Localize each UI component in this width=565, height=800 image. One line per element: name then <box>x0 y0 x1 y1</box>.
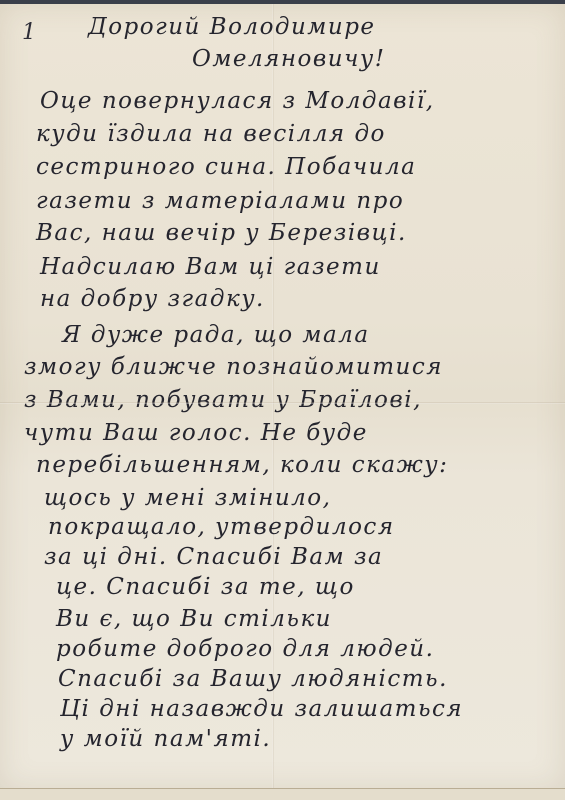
letter-line: це. Спасибі за те, що <box>56 574 355 600</box>
greeting-line-2: Омеляновичу! <box>192 46 386 72</box>
letter-line: Ви є, що Ви стільки <box>56 606 332 632</box>
page-marker: 1 <box>22 20 36 45</box>
letter-line: Спасибі за Вашу людяність. <box>58 666 448 692</box>
letter-line: Вас, наш вечір у Березівці. <box>36 220 407 246</box>
letter-line: Я дуже рада, що мала <box>62 322 370 348</box>
letter-line: перебільшенням, коли скажу: <box>36 452 448 478</box>
letter-line: з Вами, побувати у Браїлові, <box>24 387 422 413</box>
letter-line: газети з матеріалами про <box>36 188 404 214</box>
letter-line: на добру згадку. <box>40 286 265 312</box>
letter-page: 1 Дорогий Володимире Омеляновичу! Оце по… <box>0 4 565 790</box>
letter-line: Надсилаю Вам ці газети <box>40 254 381 280</box>
letter-line: робите доброго для людей. <box>56 636 434 662</box>
letter-line: у моїй пам'яті. <box>60 726 271 752</box>
letter-line: змогу ближче познайомитися <box>24 354 443 380</box>
bottom-edge <box>0 788 565 800</box>
letter-line: чути Ваш голос. Не буде <box>24 420 368 446</box>
letter-line: куди їздила на весілля до <box>36 121 386 147</box>
letter-line: щось у мені змінило, <box>44 485 331 511</box>
letter-line: Ці дні назавжди залишаться <box>60 696 463 722</box>
greeting-line-1: Дорогий Володимире <box>88 14 376 40</box>
letter-line: Оце повернулася з Молдавії, <box>40 88 435 114</box>
letter-line: сестриного сина. Побачила <box>36 154 416 180</box>
letter-line: за ці дні. Спасибі Вам за <box>44 544 383 570</box>
letter-line: покращало, утвердилося <box>48 514 395 540</box>
